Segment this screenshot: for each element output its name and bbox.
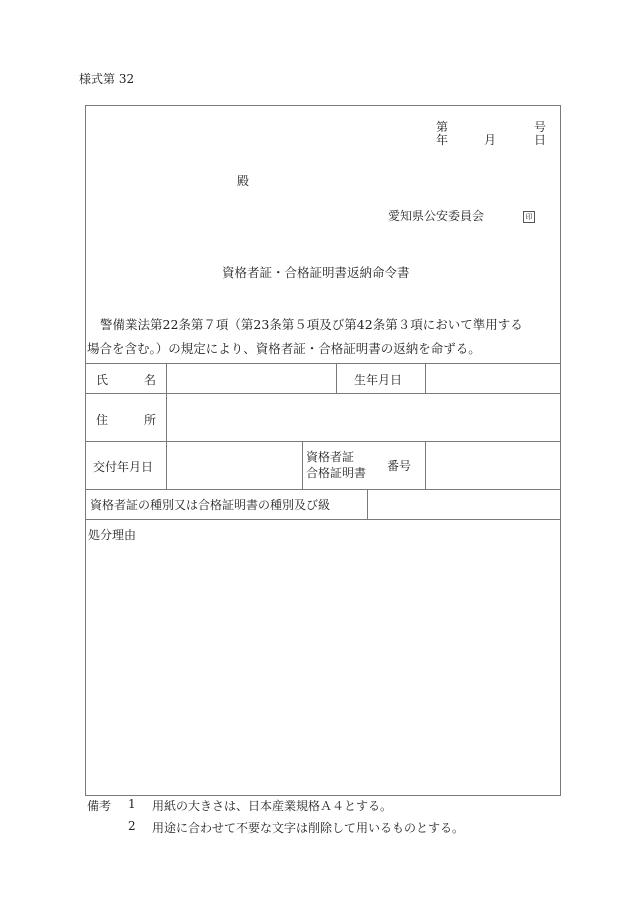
note-2-text: 用途に合わせて不要な文字は削除して用いるものとする。 xyxy=(152,819,464,836)
birthdate-field[interactable] xyxy=(426,364,559,393)
body-line-1: 警備業法第22条第７項（第23条第５項及び第42条第３項において準用する xyxy=(100,315,523,333)
reason-field[interactable] xyxy=(86,545,559,794)
category-field[interactable] xyxy=(368,490,559,519)
name-field[interactable] xyxy=(167,364,336,393)
issue-date-label: 交付年月日 xyxy=(93,458,153,475)
address-field[interactable] xyxy=(167,394,559,441)
seal-mark: 印 xyxy=(523,208,535,223)
date-year: 年 xyxy=(436,131,448,148)
date-month: 月 xyxy=(484,131,496,148)
number-label: 番号 xyxy=(387,457,411,474)
name-label-1: 氏 xyxy=(96,371,108,388)
address-label-2: 所 xyxy=(144,411,156,428)
cert-type-line-1: 資格者証 xyxy=(306,448,354,465)
col-divider xyxy=(336,363,337,393)
number-field[interactable] xyxy=(426,442,559,489)
issue-date-field[interactable] xyxy=(167,442,302,489)
body-line-2: 場合を含む。）の規定により、資格者証・合格証明書の返納を命ずる。 xyxy=(87,339,481,357)
note-1-text: 用紙の大きさは、日本産業規格Ａ４とする。 xyxy=(152,797,392,814)
note-2-number: 2 xyxy=(128,819,136,833)
col-divider xyxy=(302,441,303,489)
addressee-suffix: 殿 xyxy=(237,172,249,189)
note-1-number: 1 xyxy=(128,797,136,811)
row-divider xyxy=(85,519,560,520)
address-label-1: 住 xyxy=(96,411,108,428)
name-label-2: 名 xyxy=(144,371,156,388)
seal-icon: 印 xyxy=(523,211,535,223)
cert-type-line-2: 合格証明書 xyxy=(306,464,366,481)
notes-label: 備考 xyxy=(87,797,111,814)
form-number: 様式第 32 xyxy=(79,70,134,87)
birthdate-label: 生年月日 xyxy=(354,371,402,388)
document-title: 資格者証・合格証明書返納命令書 xyxy=(222,263,410,281)
date-day: 日 xyxy=(534,131,546,148)
category-label: 資格者証の種別又は合格証明書の種別及び級 xyxy=(90,496,330,513)
issuer-name: 愛知県公安委員会 xyxy=(388,207,484,224)
reason-label: 処分理由 xyxy=(88,526,136,543)
